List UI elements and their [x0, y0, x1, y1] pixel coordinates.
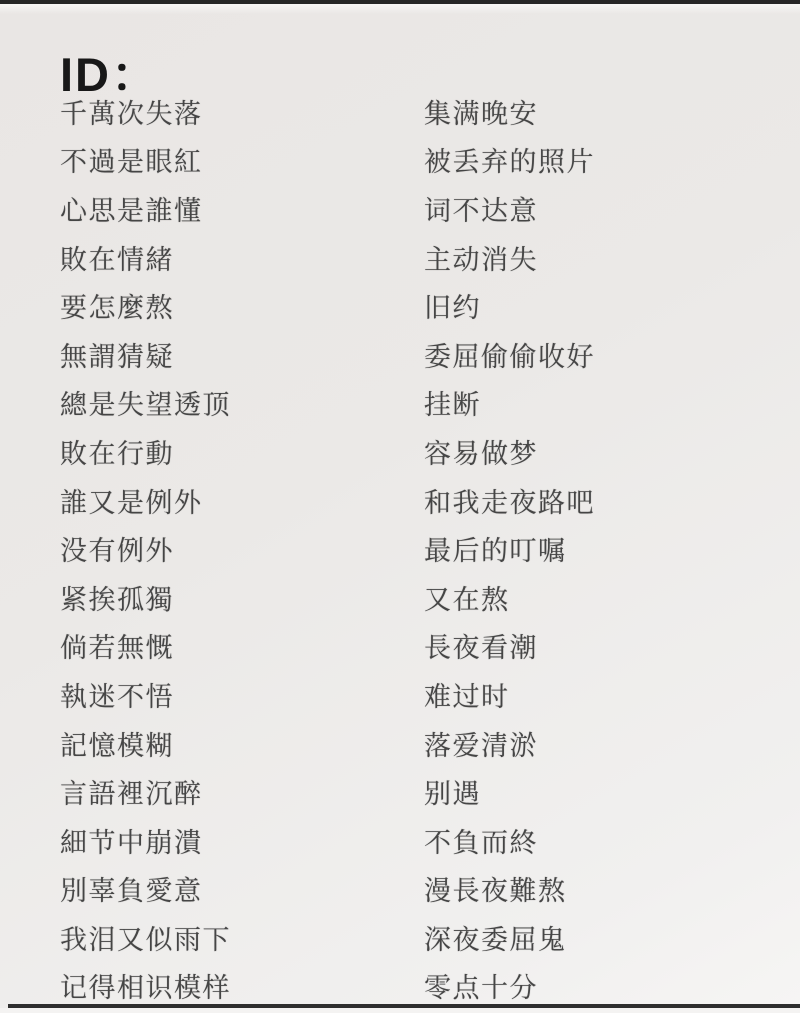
list-item: 千萬次失落 [60, 87, 420, 136]
list-item: 言語裡沉醉 [60, 767, 420, 816]
list-item: 不過是眼紅 [60, 136, 420, 185]
list-item: 敗在行動 [60, 427, 420, 476]
list-item: 別辜負愛意 [60, 865, 420, 914]
list-item: 無謂猜疑 [60, 330, 420, 379]
list-item: 要怎麼熬 [60, 281, 420, 330]
list-item: 總是失望透顶 [60, 379, 420, 428]
list-item: 委屈偷偷收好 [424, 330, 784, 379]
id-list-left-column: 千萬次失落不過是眼紅心思是誰懂敗在情緒要怎麼熬無謂猜疑總是失望透顶敗在行動誰又是… [60, 87, 420, 1010]
list-item: 最后的叮嘱 [424, 524, 784, 573]
list-item: 心思是誰懂 [60, 184, 420, 233]
list-item: 旧约 [424, 281, 784, 330]
list-item: 集满晚安 [424, 87, 784, 136]
list-item: 漫長夜難熬 [424, 865, 784, 914]
id-list-page: ID： 千萬次失落不過是眼紅心思是誰懂敗在情緒要怎麼熬無謂猜疑總是失望透顶敗在行… [0, 0, 800, 1013]
list-item: 深夜委屈鬼 [424, 913, 784, 962]
list-item: 不負而終 [424, 816, 784, 865]
list-item: 我泪又似雨下 [60, 913, 420, 962]
list-item: 記憶模糊 [60, 719, 420, 768]
list-item: 和我走夜路吧 [424, 476, 784, 525]
list-item: 容易做梦 [424, 427, 784, 476]
list-item: 别遇 [424, 767, 784, 816]
list-item: 誰又是例外 [60, 476, 420, 525]
list-item: 倘若無慨 [60, 622, 420, 671]
list-item: 落爱清淤 [424, 719, 784, 768]
top-edge-highlight [0, 4, 800, 14]
id-list-right-column: 集满晚安被丢弃的照片词不达意主动消失旧约委屈偷偷收好挂断容易做梦和我走夜路吧最后… [424, 87, 784, 1010]
list-item: 又在熬 [424, 573, 784, 622]
list-item: 長夜看潮 [424, 622, 784, 671]
list-item: 记得相识模样 [60, 962, 420, 1011]
list-item: 紧挨孤獨 [60, 573, 420, 622]
list-item: 執迷不悟 [60, 670, 420, 719]
list-item: 細节中崩潰 [60, 816, 420, 865]
list-item: 没有例外 [60, 524, 420, 573]
list-item: 挂断 [424, 379, 784, 428]
list-item: 主动消失 [424, 233, 784, 282]
list-item: 被丢弃的照片 [424, 136, 784, 185]
bottom-edge-highlight [0, 1008, 800, 1013]
list-item: 零点十分 [424, 962, 784, 1011]
list-item: 难过时 [424, 670, 784, 719]
list-item: 敗在情緒 [60, 233, 420, 282]
list-item: 词不达意 [424, 184, 784, 233]
